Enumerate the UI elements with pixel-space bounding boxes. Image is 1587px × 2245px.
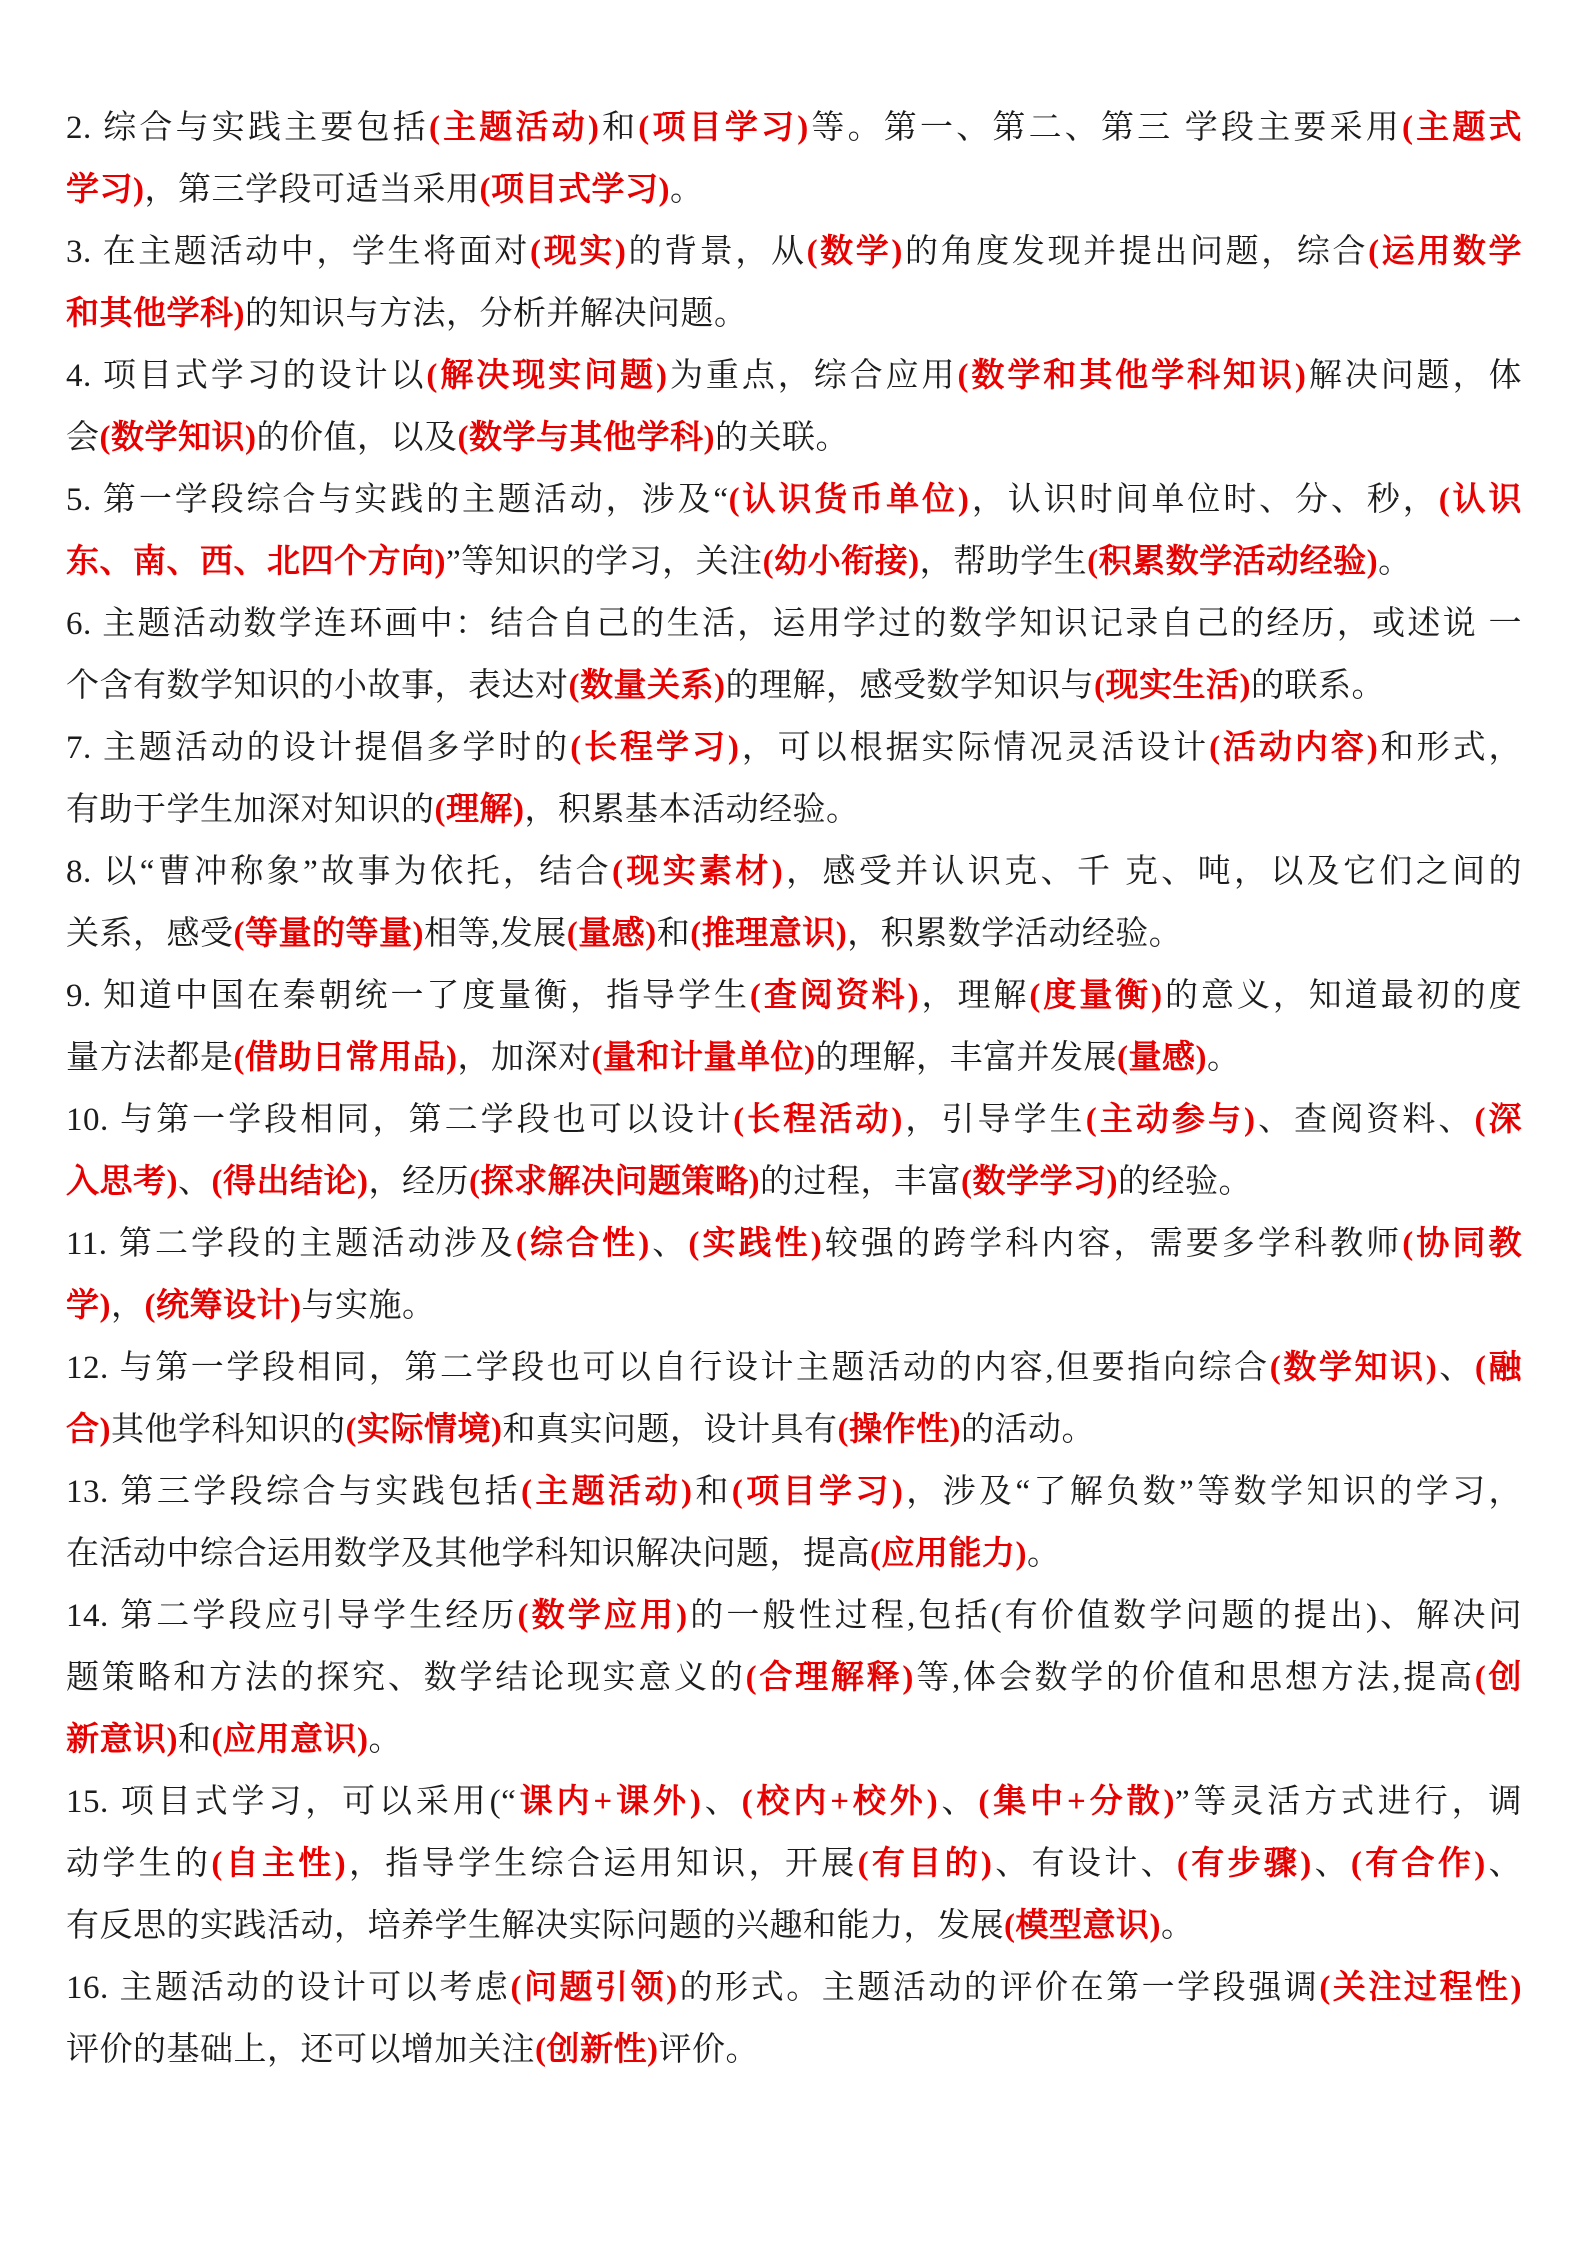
body-text: 等,体会数学的价值和思想方法,提高 (914, 1660, 1475, 1696)
text-line: 有反思的实践活动，培养学生解决实际问题的兴趣和能力，发展(模型意识)。 (66, 1895, 1522, 1957)
answer-highlight-text: (现实生活) (1094, 668, 1251, 704)
body-text: 和 (692, 1474, 731, 1510)
answer-highlight-text: (解决现实问题) (426, 358, 667, 394)
body-text: 和 (657, 916, 691, 952)
text-line: 3. 在主题活动中，学生将面对(现实)的背景，从(数学)的角度发现并提出问题，综… (66, 221, 1522, 283)
body-text: ，指导学生综合运用知识，开展 (346, 1846, 857, 1882)
body-text: 6. 主题活动数学连环画中：结合自己的生活，运用学过的数学知识记录自己的经历，或… (66, 606, 1522, 642)
answer-highlight-text: (理解) (435, 792, 525, 828)
body-text: 和真实问题，设计具有 (502, 1412, 837, 1448)
body-text: 的价值，以及 (256, 420, 457, 456)
body-text: ”等知识的学习，关注 (446, 544, 763, 580)
text-line: 6. 主题活动数学连环画中：结合自己的生活，运用学过的数学知识记录自己的经历，或… (66, 593, 1522, 655)
body-text: 。 (368, 1722, 402, 1758)
text-line: 4. 项目式学习的设计以(解决现实问题)为重点，综合应用(数学和其他学科知识)解… (66, 345, 1522, 407)
answer-highlight-text: (统筹设计) (145, 1288, 302, 1324)
answer-highlight-text: (合理解释) (746, 1660, 914, 1696)
body-text: 11. 第二学段的主题活动涉及 (66, 1226, 516, 1262)
answer-highlight-text: (幼小衔接) (763, 544, 920, 580)
body-text: 的理解，感受数学知识与 (725, 668, 1094, 704)
body-text: 8. 以“曹冲称象”故事为依托，结合 (66, 854, 612, 890)
body-text: 、 (650, 1226, 689, 1262)
answer-highlight-text: 课内+课外) (516, 1784, 701, 1820)
body-text: 其他学科知识的 (111, 1412, 346, 1448)
answer-highlight-text: (数学和其他学科知识) (957, 358, 1306, 394)
body-text: 4. 项目式学习的设计以 (66, 358, 426, 394)
body-text: 。 (1378, 544, 1412, 580)
answer-highlight-text: 新意识) (66, 1722, 178, 1758)
answer-highlight-text: 入思考) (66, 1164, 178, 1200)
body-text: ，第三学段可适当采用 (145, 172, 480, 208)
answer-highlight-text: (借助日常用品) (234, 1040, 458, 1076)
body-text: 有助于学生加深对知识的 (66, 792, 435, 828)
answer-highlight-text: (认识 (1439, 482, 1522, 518)
body-text: 15. 项目式学习，可以采用(“ (66, 1784, 516, 1820)
text-line: 12. 与第一学段相同，第二学段也可以自行设计主题活动的内容,但要指向综合(数学… (66, 1337, 1522, 1399)
text-line: 2. 综合与实践主要包括(主题活动)和(项目学习)等。第一、第二、第三 学段主要… (66, 97, 1522, 159)
text-line: 东、南、西、北四个方向)”等知识的学习，关注(幼小衔接)，帮助学生(积累数学活动… (66, 531, 1522, 593)
answer-highlight-text: (活动内容) (1209, 730, 1378, 766)
answer-highlight-text: (量感) (1117, 1040, 1207, 1076)
answer-highlight-text: 东、南、西、北四个方向) (66, 544, 446, 580)
text-line: 13. 第三学段综合与实践包括(主题活动)和(项目学习)，涉及“了解负数”等数学… (66, 1461, 1522, 1523)
text-line: 5. 第一学段综合与实践的主题活动，涉及“(认识货币单位)，认识时间单位时、分、… (66, 469, 1522, 531)
answer-highlight-text: (集中+分散) (978, 1784, 1175, 1820)
answer-highlight-text: (有步骤) (1177, 1846, 1312, 1882)
body-text: 、 (1437, 1350, 1475, 1386)
body-text: ，认识时间单位时、分、秒， (969, 482, 1438, 518)
answer-highlight-text: (数学与其他学科) (457, 420, 714, 456)
text-line: 会(数学知识)的价值，以及(数学与其他学科)的关联。 (66, 407, 1522, 469)
body-text: 。 (1027, 1536, 1061, 1572)
answer-highlight-text: (主题活动) (521, 1474, 693, 1510)
body-text: 会 (66, 420, 100, 456)
body-text: 的联系。 (1251, 668, 1385, 704)
answer-highlight-text: (创新性) (535, 2032, 658, 2068)
body-text: 题策略和方法的探究、数学结论现实意义的 (66, 1660, 746, 1696)
text-line: 新意识)和(应用意识)。 (66, 1709, 1522, 1771)
answer-highlight-text: (认识货币单位) (729, 482, 970, 518)
body-text: 和 (599, 110, 638, 146)
answer-highlight-text: (查阅资料) (750, 978, 919, 1014)
answer-highlight-text: (有合作) (1351, 1846, 1486, 1882)
body-text: ，帮助学生 (920, 544, 1088, 580)
body-text: 、查阅资料、 (1256, 1102, 1475, 1138)
body-text: ，理解 (919, 978, 1029, 1014)
answer-highlight-text: 学) (66, 1288, 111, 1324)
body-text: 2. 综合与实践主要包括 (66, 110, 429, 146)
body-text: 。 (1161, 1908, 1195, 1944)
text-line: 15. 项目式学习，可以采用(“课内+课外)、(校内+校外)、(集中+分散)”等… (66, 1771, 1522, 1833)
body-text: 较强的跨学科内容，需要多学科教师 (822, 1226, 1402, 1262)
text-line: 10. 与第一学段相同，第二学段也可以设计(长程活动)，引导学生(主动参与)、查… (66, 1089, 1522, 1151)
body-text: 。 (1207, 1040, 1241, 1076)
body-text: 、 (178, 1164, 212, 1200)
text-line: 入思考)、(得出结论)，经历(探求解决问题策略)的过程，丰富(数学学习)的经验。 (66, 1151, 1522, 1213)
body-text: 16. 主题活动的设计可以考虑 (66, 1970, 510, 2006)
answer-highlight-text: (操作性) (837, 1412, 960, 1448)
answer-highlight-text: (关注过程性) (1319, 1970, 1522, 2006)
answer-highlight-text: (现实) (530, 234, 626, 270)
answer-highlight-text: (项目学习) (638, 110, 808, 146)
body-text: 5. 第一学段综合与实践的主题活动，涉及“ (66, 482, 729, 518)
text-line: 学)，(统筹设计)与实施。 (66, 1275, 1522, 1337)
text-line: 和其他学科)的知识与方法，分析并解决问题。 (66, 283, 1522, 345)
body-text: 3. 在主题活动中，学生将面对 (66, 234, 530, 270)
body-text: 、 (938, 1784, 978, 1820)
answer-highlight-text: (主题式 (1402, 110, 1522, 146)
answer-highlight-text: (主题活动) (429, 110, 599, 146)
text-line: 量方法都是(借助日常用品)，加深对(量和计量单位)的理解，丰富并发展(量感)。 (66, 1027, 1522, 1089)
answer-highlight-text: (等量的等量) (234, 916, 424, 952)
answer-highlight-text: (有目的) (858, 1846, 993, 1882)
body-text: 的关联。 (715, 420, 849, 456)
text-line: 关系，感受(等量的等量)相等,发展(量感)和(推理意识)，积累数学活动经验。 (66, 903, 1522, 965)
answer-highlight-text: (创 (1475, 1660, 1522, 1696)
body-text: 关系，感受 (66, 916, 234, 952)
answer-highlight-text: (应用意识) (212, 1722, 369, 1758)
answer-highlight-text: (探求解决问题策略) (469, 1164, 760, 1200)
text-line: 个含有数学知识的小故事，表达对(数量关系)的理解，感受数学知识与(现实生活)的联… (66, 655, 1522, 717)
body-text: 的过程，丰富 (760, 1164, 961, 1200)
body-text: 为重点，综合应用 (668, 358, 958, 394)
body-text: 的知识与方法，分析并解决问题。 (245, 296, 748, 332)
body-text: ，经历 (368, 1164, 469, 1200)
body-text: ”等灵活方式进行，调 (1175, 1784, 1522, 1820)
answer-highlight-text: (深 (1474, 1102, 1522, 1138)
text-line: 9. 知道中国在秦朝统一了度量衡，指导学生(查阅资料)，理解(度量衡)的意义，知… (66, 965, 1522, 1027)
answer-highlight-text: (项目学习) (732, 1474, 904, 1510)
body-text: 10. 与第一学段相同，第二学段也可以设计 (66, 1102, 733, 1138)
answer-highlight-text: (推理意识) (690, 916, 847, 952)
body-text: 动学生的 (66, 1846, 211, 1882)
body-text: 的形式。主题活动的评价在第一学段强调 (678, 1970, 1320, 2006)
body-text: 解决问题，体 (1306, 358, 1522, 394)
answer-highlight-text: (实际情境) (346, 1412, 503, 1448)
answer-highlight-text: (校内+校外) (742, 1784, 939, 1820)
body-text: 、 (1486, 1846, 1522, 1882)
answer-highlight-text: 合) (66, 1412, 111, 1448)
text-line: 题策略和方法的探究、数学结论现实意义的(合理解释)等,体会数学的价值和思想方法,… (66, 1647, 1522, 1709)
body-text: 14. 第二学段应引导学生经历 (66, 1598, 518, 1634)
body-text: 、有设计、 (992, 1846, 1177, 1882)
body-text: ，积累数学活动经验。 (847, 916, 1182, 952)
body-text: 、 (701, 1784, 741, 1820)
text-line: 学习)，第三学段可适当采用(项目式学习)。 (66, 159, 1522, 221)
body-text: 、 (1312, 1846, 1351, 1882)
body-text: 。 (670, 172, 704, 208)
text-line: 7. 主题活动的设计提倡多学时的(长程学习)，可以根据实际情况灵活设计(活动内容… (66, 717, 1522, 779)
body-text: ，涉及“了解负数”等数学知识的学习， (903, 1474, 1522, 1510)
body-text: ， (111, 1288, 145, 1324)
answer-highlight-text: (数学学习) (961, 1164, 1118, 1200)
body-text: ，可以根据实际情况灵活设计 (739, 730, 1209, 766)
answer-highlight-text: (现实素材) (612, 854, 783, 890)
answer-highlight-text: (模型意识) (1004, 1908, 1161, 1944)
body-text: ，加深对 (457, 1040, 591, 1076)
answer-highlight-text: (量感) (567, 916, 657, 952)
text-line: 动学生的(自主性)，指导学生综合运用知识，开展(有目的)、有设计、(有步骤)、(… (66, 1833, 1522, 1895)
document-body: 2. 综合与实践主要包括(主题活动)和(项目学习)等。第一、第二、第三 学段主要… (66, 97, 1522, 2081)
answer-highlight-text: (长程学习) (570, 730, 739, 766)
answer-highlight-text: (问题引领) (510, 1970, 677, 2006)
text-line: 11. 第二学段的主题活动涉及(综合性)、(实践性)较强的跨学科内容，需要多学科… (66, 1213, 1522, 1275)
body-text: 12. 与第一学段相同，第二学段也可以自行设计主题活动的内容,但要指向综合 (66, 1350, 1270, 1386)
body-text: 的背景，从 (626, 234, 806, 270)
answer-highlight-text: (数量关系) (569, 668, 726, 704)
body-text: ，引导学生 (903, 1102, 1086, 1138)
answer-highlight-text: (项目式学习) (480, 172, 670, 208)
body-text: 个含有数学知识的小故事，表达对 (66, 668, 569, 704)
text-line: 在活动中综合运用数学及其他学科知识解决问题，提高(应用能力)。 (66, 1523, 1522, 1585)
body-text: ，积累基本活动经验。 (524, 792, 859, 828)
text-line: 有助于学生加深对知识的(理解)，积累基本活动经验。 (66, 779, 1522, 841)
body-text: 的一般性过程,包括(有价值数学问题的提出)、解决问 (688, 1598, 1522, 1634)
answer-highlight-text: (运用数学 (1368, 234, 1522, 270)
answer-highlight-text: (主动参与) (1086, 1102, 1256, 1138)
answer-highlight-text: (自主性) (211, 1846, 346, 1882)
body-text: 的意义，知道最初的度 (1163, 978, 1522, 1014)
body-text: 的角度发现并提出问题，综合 (903, 234, 1368, 270)
answer-highlight-text: (实践性) (688, 1226, 822, 1262)
body-text: 评价。 (658, 2032, 759, 2068)
answer-highlight-text: (数学) (807, 234, 903, 270)
body-text: 的理解，丰富并发展 (815, 1040, 1117, 1076)
body-text: 等。第一、第二、第三 学段主要采用 (809, 110, 1402, 146)
body-text: 相等,发展 (424, 916, 567, 952)
body-text: 与实施。 (301, 1288, 435, 1324)
text-line: 合)其他学科知识的(实际情境)和真实问题，设计具有(操作性)的活动。 (66, 1399, 1522, 1461)
body-text: 9. 知道中国在秦朝统一了度量衡，指导学生 (66, 978, 750, 1014)
answer-highlight-text: (协同教 (1402, 1226, 1522, 1262)
body-text: 的经验。 (1118, 1164, 1252, 1200)
text-line: 评价的基础上，还可以增加关注(创新性)评价。 (66, 2019, 1522, 2081)
answer-highlight-text: 学习) (66, 172, 145, 208)
body-text: 和 (178, 1722, 212, 1758)
answer-highlight-text: (度量衡) (1029, 978, 1162, 1014)
answer-highlight-text: (应用能力) (870, 1536, 1027, 1572)
text-line: 14. 第二学段应引导学生经历(数学应用)的一般性过程,包括(有价值数学问题的提… (66, 1585, 1522, 1647)
answer-highlight-text: (积累数学活动经验) (1087, 544, 1378, 580)
answer-highlight-text: (综合性) (516, 1226, 650, 1262)
body-text: ，感受并认识克、千 克、吨，以及它们之间的 (783, 854, 1522, 890)
body-text: 7. 主题活动的设计提倡多学时的 (66, 730, 570, 766)
body-text: 在活动中综合运用数学及其他学科知识解决问题，提高 (66, 1536, 870, 1572)
body-text: 量方法都是 (66, 1040, 234, 1076)
answer-highlight-text: (量和计量单位) (591, 1040, 815, 1076)
body-text: 的活动。 (961, 1412, 1095, 1448)
answer-highlight-text: (数学知识) (100, 420, 257, 456)
body-text: 评价的基础上，还可以增加关注 (66, 2032, 535, 2068)
text-line: 8. 以“曹冲称象”故事为依托，结合(现实素材)，感受并认识克、千 克、吨，以及… (66, 841, 1522, 903)
body-text: 13. 第三学段综合与实践包括 (66, 1474, 521, 1510)
text-line: 16. 主题活动的设计可以考虑(问题引领)的形式。主题活动的评价在第一学段强调(… (66, 1957, 1522, 2019)
body-text: 和形式， (1378, 730, 1522, 766)
answer-highlight-text: (数学应用) (518, 1598, 688, 1634)
answer-highlight-text: (长程活动) (733, 1102, 903, 1138)
answer-highlight-text: (融 (1475, 1350, 1522, 1386)
answer-highlight-text: (数学知识) (1270, 1350, 1438, 1386)
body-text: 有反思的实践活动，培养学生解决实际问题的兴趣和能力，发展 (66, 1908, 1004, 1944)
answer-highlight-text: 和其他学科) (66, 296, 245, 332)
answer-highlight-text: (得出结论) (212, 1164, 369, 1200)
